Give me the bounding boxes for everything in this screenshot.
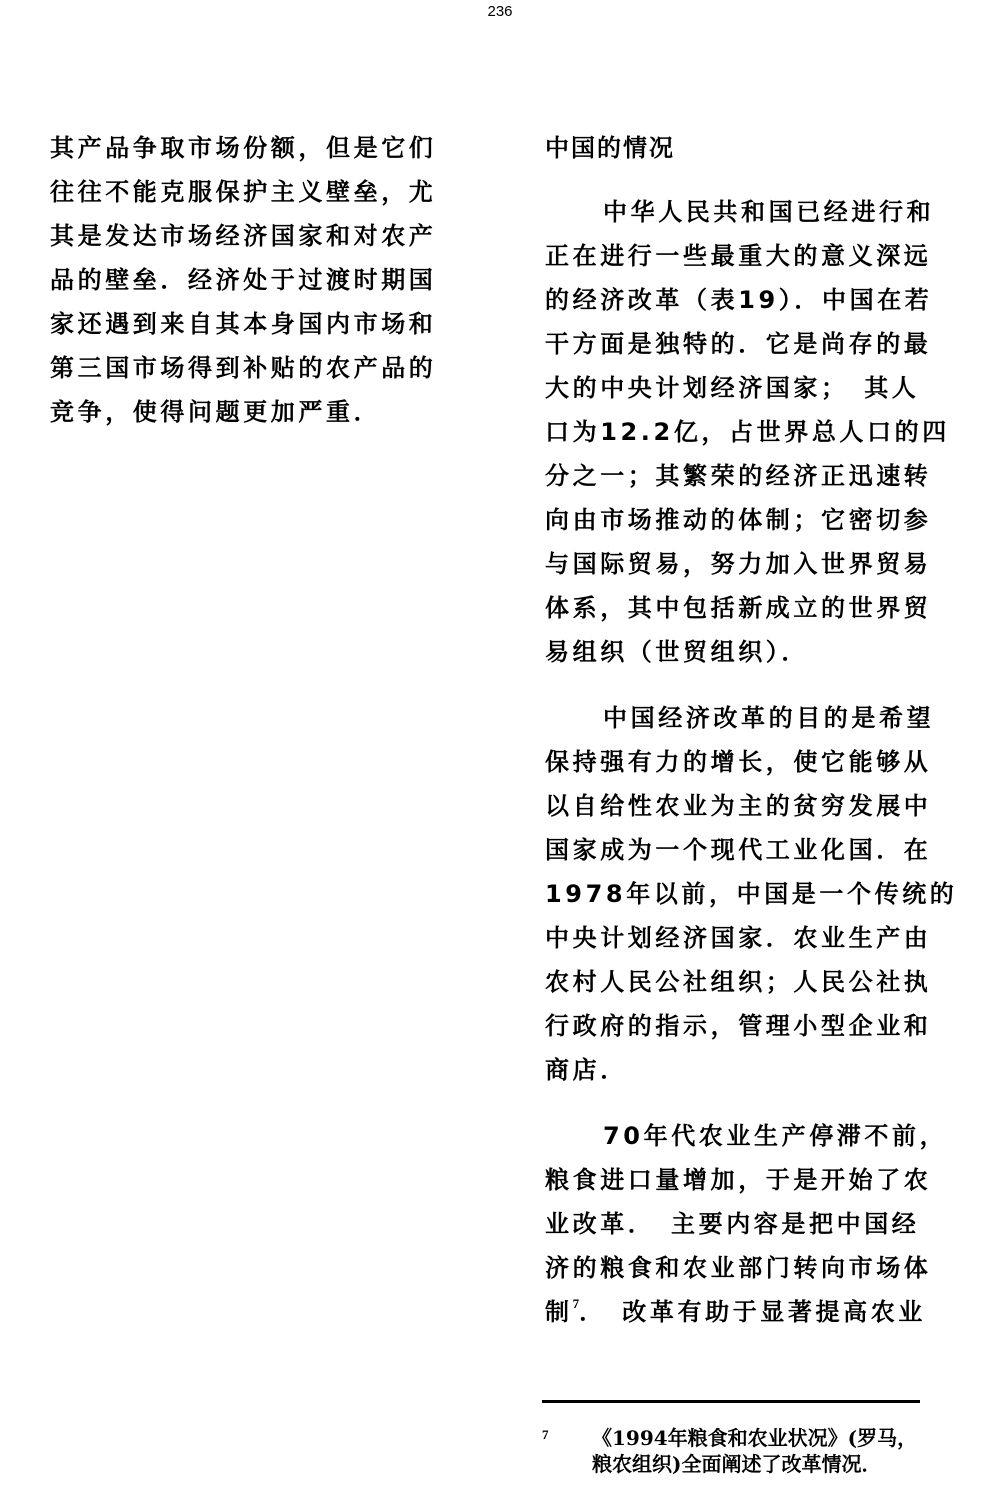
footnote-separator: [542, 1400, 920, 1403]
text-line: 干方面是独特的．它是尚存的最: [545, 327, 955, 371]
text-line: 大的中央计划经济国家； 其人: [545, 371, 955, 415]
footnote-line: 粮农组织)全面阐述了改革情况．: [592, 1451, 917, 1477]
text-segment: ． 改革有助于显著提高农业: [579, 1298, 926, 1326]
text-line: 中华人民共和国已经进行和: [545, 195, 955, 239]
text-line: 家还遇到来自其本身国内市场和: [50, 307, 460, 351]
paragraph-1: 中华人民共和国已经进行和 正在进行一些最重大的意义深远 的经济改革（表19）．中…: [545, 195, 955, 679]
text-line: 竞争，使得问题更加严重．: [50, 395, 460, 439]
text-line: 保持强有力的增长，使它能够从: [545, 745, 955, 789]
text-line: 以自给性农业为主的贫穷发展中: [545, 789, 955, 833]
footnote-mark: 7: [542, 1427, 549, 1443]
text-line: 其是发达市场经济国家和对农产: [50, 219, 460, 263]
text-line: 中国经济改革的目的是希望: [545, 701, 955, 745]
text-line: 商店．: [545, 1053, 955, 1097]
footnote-text: 《1994年粮食和农业状况》(罗马， 粮农组织)全面阐述了改革情况．: [592, 1425, 917, 1477]
text-line: 分之一；其繁荣的经济正迅速转: [545, 459, 955, 503]
text-line: 与国际贸易，努力加入世界贸易: [545, 547, 955, 591]
text-line: 品的壁垒．经济处于过渡时期国: [50, 263, 460, 307]
text-line: 往往不能克服保护主义壁垒，尤: [50, 175, 460, 219]
left-column: 其产品争取市场份额，但是它们 往往不能克服保护主义壁垒，尤 其是发达市场经济国家…: [50, 131, 460, 439]
text-line: 农村人民公社组织；人民公社执: [545, 965, 955, 1009]
text-line: 正在进行一些最重大的意义深远: [545, 239, 955, 283]
text-line: 1978年以前，中国是一个传统的: [545, 877, 955, 921]
page-number: 236: [0, 3, 1000, 21]
right-column: 中国的情况 中华人民共和国已经进行和 正在进行一些最重大的意义深远 的经济改革（…: [545, 131, 955, 1339]
text-line-with-footnote-ref: 制7． 改革有助于显著提高农业: [545, 1295, 955, 1339]
text-line: 70年代农业生产停滞不前，: [545, 1119, 955, 1163]
text-line: 易组织（世贸组织）．: [545, 635, 955, 679]
text-line: 第三国市场得到补贴的农产品的: [50, 351, 460, 395]
text-line: 粮食进口量增加，于是开始了农: [545, 1163, 955, 1207]
text-line: 向由市场推动的体制；它密切参: [545, 503, 955, 547]
text-segment: 制: [545, 1298, 573, 1326]
text-line: 济的粮食和农业部门转向市场体: [545, 1251, 955, 1295]
text-line: 体系，其中包括新成立的世界贸: [545, 591, 955, 635]
section-heading: 中国的情况: [545, 131, 955, 195]
text-line: 的经济改革（表19）．中国在若: [545, 283, 955, 327]
paragraph-2: 中国经济改革的目的是希望 保持强有力的增长，使它能够从 以自给性农业为主的贫穷发…: [545, 701, 955, 1097]
text-line: 口为12.2亿，占世界总人口的四: [545, 415, 955, 459]
text-line: 其产品争取市场份额，但是它们: [50, 131, 460, 175]
paragraph-gap: [545, 679, 955, 701]
footnote-line: 《1994年粮食和农业状况》(罗马，: [592, 1425, 917, 1451]
paragraph-3: 70年代农业生产停滞不前， 粮食进口量增加，于是开始了农 业改革． 主要内容是把…: [545, 1119, 955, 1339]
text-line: 业改革． 主要内容是把中国经: [545, 1207, 955, 1251]
text-line: 行政府的指示，管理小型企业和: [545, 1009, 955, 1053]
text-line: 国家成为一个现代工业化国．在: [545, 833, 955, 877]
paragraph-gap: [545, 1097, 955, 1119]
text-line: 中央计划经济国家．农业生产由: [545, 921, 955, 965]
